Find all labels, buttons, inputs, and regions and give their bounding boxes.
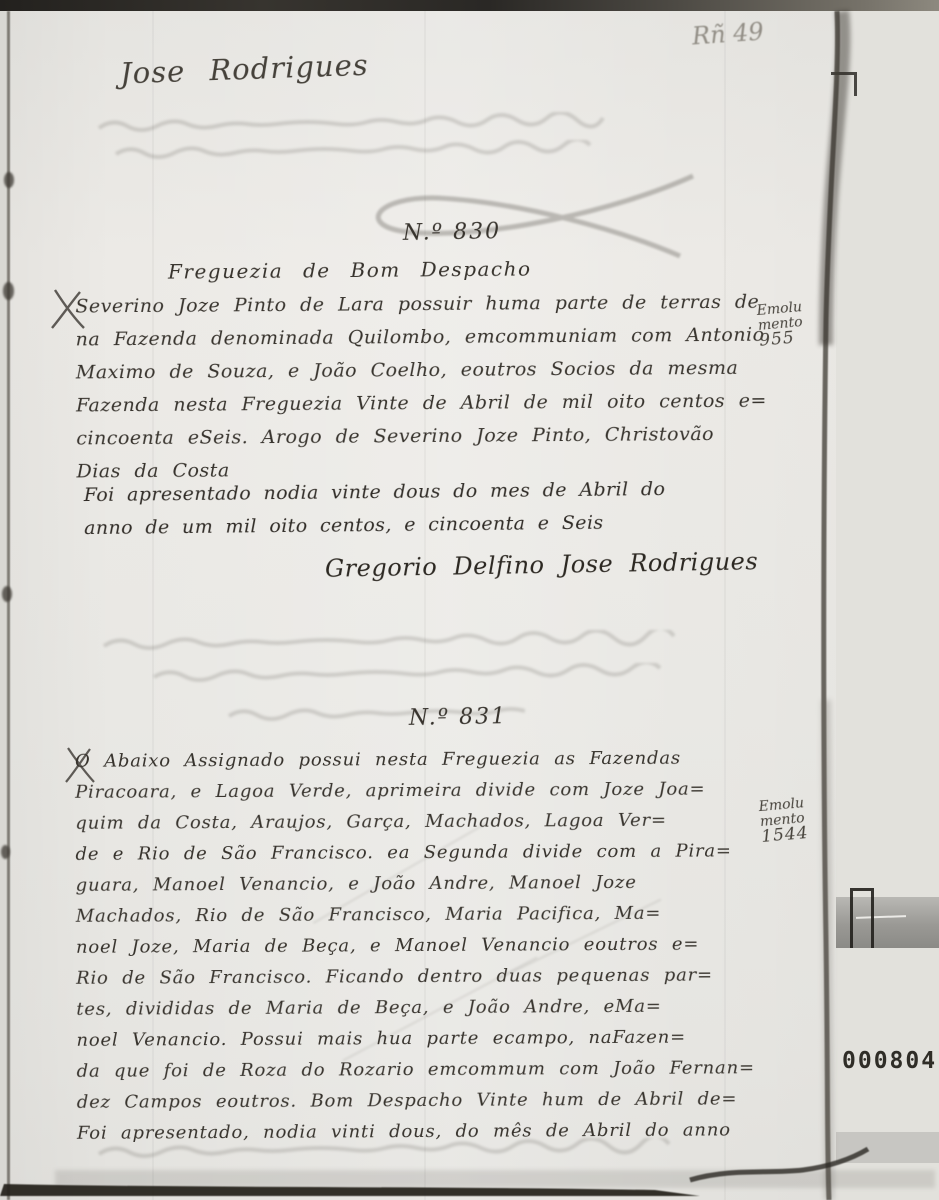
entry-831-line: noel Joze, Maria de Beça, e Manoel Venan… bbox=[76, 933, 754, 968]
entry-831-line: O Abaixo Assignado possui nesta Freguezi… bbox=[75, 747, 753, 782]
entry-830-line: cincoenta eSeis. Arogo de Severino Joze … bbox=[76, 423, 767, 461]
entry-830-presentation: Foi apresentado nodia vinte dous do mes … bbox=[84, 478, 666, 550]
archive-stamp-number: 000804 bbox=[842, 1048, 937, 1074]
entry-831-line: guara, Manoel Venancio, e João Andre, Ma… bbox=[76, 871, 754, 906]
fee-value: 1544 bbox=[761, 826, 809, 845]
binding-ink-blot bbox=[2, 586, 12, 602]
entry-831-line: tes, divididas de Maria de Beça, e João … bbox=[76, 995, 754, 1030]
entry-831-line: dez Campos eoutros. Bom Despacho Vinte h… bbox=[77, 1088, 755, 1123]
entry-831-line: de e Rio de São Francisco. ea Segunda di… bbox=[75, 840, 753, 875]
entry-831-line: Piracoara, e Lagoa Verde, aprimeira divi… bbox=[75, 778, 753, 813]
entry-831-line: Foi apresentado, nodia vinti dous, do mê… bbox=[77, 1119, 755, 1154]
entry-831-line: quim da Costa, Araujos, Garça, Machados,… bbox=[75, 809, 753, 844]
folio-number-note: Rñ 49 bbox=[691, 18, 764, 51]
entry-830-body: Severino Joze Pinto de Lara possuir huma… bbox=[75, 291, 767, 494]
entry-831-line: noel Venancio. Possui mais hua parte eca… bbox=[76, 1026, 754, 1061]
entry-830-line: na Fazenda denominada Quilombo, emcommun… bbox=[76, 324, 767, 362]
adjacent-page-strip bbox=[836, 11, 939, 1200]
entry-830-line: Fazenda nesta Freguezia Vinte de Abril d… bbox=[76, 390, 767, 428]
entry-831-body: O Abaixo Assignado possui nesta Freguezi… bbox=[75, 747, 755, 1154]
bleedthrough-flourish bbox=[238, 168, 708, 267]
entry-830-fee-margin-note: Emolu mento 955 bbox=[756, 300, 805, 349]
presentation-line: anno de um mil oito centos, e cincoenta … bbox=[84, 511, 666, 550]
entry-830-line: Severino Joze Pinto de Lara possuir huma… bbox=[75, 291, 766, 329]
bleedthrough-stroke bbox=[95, 112, 640, 142]
entry-831-number: N.º 831 bbox=[358, 703, 558, 731]
binding-crease-line bbox=[7, 11, 10, 1200]
bleedthrough-stroke bbox=[150, 663, 710, 693]
bleedthrough-stroke bbox=[100, 630, 700, 660]
margin-bracket-mark bbox=[850, 888, 874, 948]
entry-831-fee-margin-note: Emolu mento 1544 bbox=[758, 796, 809, 845]
entry-830-heading: Freguezia de Bom Despacho bbox=[168, 256, 532, 283]
scan-top-edge bbox=[0, 0, 939, 11]
scanned-document-page: Rñ 49 Jose Rodrigues N.º 830 Freguezia d… bbox=[0, 0, 939, 1200]
binding-ink-blot bbox=[4, 172, 14, 188]
entry-831-line: da que foi de Roza do Rozario emcommum c… bbox=[77, 1057, 755, 1092]
bleedthrough-stroke bbox=[112, 140, 632, 170]
binding-ink-blot bbox=[3, 282, 14, 300]
entry-830-line: Maximo de Souza, e João Coelho, eoutros … bbox=[76, 357, 767, 395]
entry-830-number: N.º 830 bbox=[352, 218, 552, 246]
entry-831-line: Rio de São Francisco. Ficando dentro dua… bbox=[76, 964, 754, 999]
scan-gray-band bbox=[836, 1132, 939, 1163]
corner-bracket-mark bbox=[831, 72, 857, 96]
binding-ink-blot bbox=[1, 845, 10, 859]
entry-831-line: Machados, Rio de São Francisco, Maria Pa… bbox=[76, 902, 754, 937]
left-gutter bbox=[0, 11, 7, 1200]
